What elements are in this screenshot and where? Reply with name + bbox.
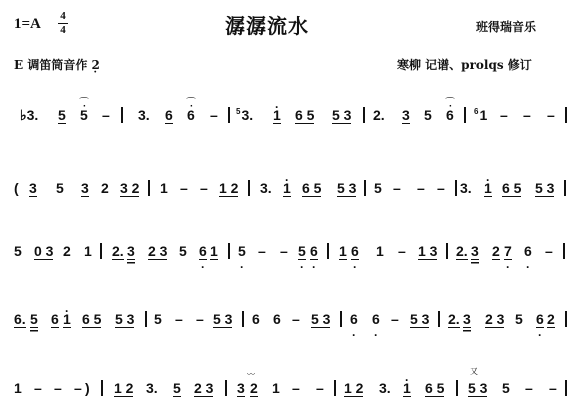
note-value: 1 3 <box>418 243 437 260</box>
note: 1 2 <box>344 378 363 398</box>
note-value: 5 3 <box>535 180 554 197</box>
note: 3. <box>260 178 272 198</box>
note-value: 6 <box>536 311 544 328</box>
note-value: 1 <box>403 380 411 397</box>
note-value: 2 <box>547 311 555 328</box>
note: 6. <box>14 309 26 329</box>
note: 1 <box>339 241 347 261</box>
note-value: 1 <box>339 243 347 260</box>
note: 5 3 <box>213 309 232 329</box>
note: – <box>210 105 218 125</box>
note-value: 1 <box>376 243 384 259</box>
note: 5 <box>56 178 64 198</box>
note-value: 3 <box>237 380 245 397</box>
note-value: 3 <box>471 243 479 260</box>
note-value: – <box>54 380 62 396</box>
note: 5 <box>14 241 22 261</box>
instrument-note: E 调笛筒音作 2 <box>14 56 100 73</box>
note: – <box>196 309 204 329</box>
note: 6 <box>51 309 59 329</box>
barline <box>364 180 366 196</box>
note-value: – <box>292 380 300 396</box>
note: 1 <box>376 241 384 261</box>
note-value: 6 5 <box>302 180 321 197</box>
note: 1 2 <box>219 178 238 198</box>
note: 3 <box>29 178 37 198</box>
note: 6 <box>446 105 454 125</box>
note: 6 <box>372 309 380 329</box>
note-value: 1 <box>210 243 218 260</box>
note: – <box>258 241 266 261</box>
note: 3 <box>127 241 135 261</box>
note-value: – <box>316 380 324 396</box>
ornament-mark: 又 <box>470 366 478 377</box>
note: 6 <box>536 309 544 329</box>
note: 2 3 <box>485 309 504 329</box>
note-value: ( <box>14 180 19 196</box>
note: – <box>54 378 62 398</box>
note: – <box>417 178 425 198</box>
note: 6 5 <box>502 178 521 198</box>
note: 5 <box>298 241 306 261</box>
note: 5 <box>515 309 523 329</box>
note: 3 <box>81 178 89 198</box>
note-value: 5 3 <box>332 107 351 124</box>
score-line-4: 6.5616 55 35––5 366–5 366–5 32.32 3562 <box>0 309 580 339</box>
note-value: 3 <box>463 311 471 328</box>
note: 5 3 <box>337 178 356 198</box>
note-value: 5 <box>374 180 382 196</box>
note: – <box>175 309 183 329</box>
note-value: – <box>280 243 288 259</box>
note: 6 <box>350 309 358 329</box>
note-value: 6 <box>199 243 207 260</box>
barline <box>438 311 440 327</box>
note-value: 1 <box>14 380 22 396</box>
note-value: – <box>196 311 204 327</box>
note-value: 5 3 <box>213 311 232 328</box>
score-line-5: 〰 又 1–––)1 23.52 3321––1 23.16 55 35–– <box>0 378 580 408</box>
barline <box>148 180 150 196</box>
note-value: 5 3 <box>311 311 330 328</box>
note: 2. <box>456 241 468 261</box>
note: 6 5 <box>82 309 101 329</box>
note: 5 <box>80 105 88 125</box>
note-value: 1 <box>63 311 71 328</box>
note-value: 5 <box>238 243 246 259</box>
note-value: 0 3 <box>34 243 53 260</box>
note: – <box>545 241 553 261</box>
note: 3 <box>402 105 410 125</box>
note: 5 3 <box>115 309 134 329</box>
barline <box>363 107 365 123</box>
note-value: – <box>292 311 300 327</box>
note: 6 <box>165 105 173 125</box>
note-value: 1 <box>272 380 280 396</box>
note: – <box>391 309 399 329</box>
note: 3. <box>138 105 150 125</box>
note-value: – <box>74 380 82 396</box>
note-value: 2 3 <box>485 311 504 328</box>
note-value: 6 <box>51 311 59 328</box>
note-value: 2. <box>456 243 468 260</box>
score-line-1: ♭3.55–3.66–53.16 55 32.35661––– <box>0 105 580 135</box>
instrument-note-text: E 调笛筒音作 <box>14 58 92 72</box>
note: 1 <box>273 105 281 125</box>
note-value: 6 5 <box>502 180 521 197</box>
note-value: 6 <box>446 107 454 123</box>
note: 5 <box>154 309 162 329</box>
note-value: 5 <box>179 243 187 259</box>
note-value: 6 <box>187 107 195 123</box>
note: 6 <box>524 241 532 261</box>
note: 5 <box>424 105 432 125</box>
note: 5 <box>238 241 246 261</box>
time-signature: 4 4 <box>58 11 68 36</box>
note-value: – <box>102 107 110 123</box>
barline <box>121 107 123 123</box>
note-value: 2 <box>250 380 258 397</box>
note: – <box>500 105 508 125</box>
note: – <box>393 178 401 198</box>
note: 3 <box>237 378 245 398</box>
note-value: – <box>258 243 266 259</box>
note: – <box>180 178 188 198</box>
note: 6 <box>252 309 260 329</box>
note-value: 5 3 <box>468 380 487 397</box>
publisher: 班得瑞音乐 <box>476 18 536 35</box>
barline <box>455 180 457 196</box>
grace-note: 5 <box>236 107 240 116</box>
note: 53. <box>236 105 253 128</box>
note: 2. <box>112 241 124 261</box>
note-value: 6 <box>310 243 318 260</box>
note: – <box>398 241 406 261</box>
note: 6 <box>273 309 281 329</box>
note: 3. <box>146 378 158 398</box>
note-value: 7 <box>504 243 512 260</box>
note: – <box>292 378 300 398</box>
note-value: 6 5 <box>425 380 444 397</box>
note-value: 1 <box>484 180 492 197</box>
note-value: ♭3. <box>20 107 38 123</box>
note-value: 3. <box>260 180 272 196</box>
barline <box>563 243 565 259</box>
transcription-credit: 寒柳 记谱、prolqs 修订 <box>397 56 532 73</box>
time-sig-bottom: 4 <box>58 25 68 36</box>
note-value: 2 <box>492 243 500 260</box>
note-value: 6 <box>350 311 358 327</box>
note-value: – <box>549 380 557 396</box>
note-value: – <box>200 180 208 196</box>
note: 5 <box>502 378 510 398</box>
note: 1 <box>14 378 22 398</box>
note-value: 3 <box>402 107 410 124</box>
note: 1 2 <box>114 378 133 398</box>
note: 6 5 <box>295 105 314 125</box>
note: 5 3 <box>311 309 330 329</box>
note-value: – <box>175 311 183 327</box>
note-value: 2 3 <box>194 380 213 397</box>
note-value: 2. <box>373 107 385 123</box>
note-value: 1 <box>283 180 291 197</box>
note: – <box>280 241 288 261</box>
note-value: 1 2 <box>344 380 363 397</box>
barline <box>464 107 466 123</box>
barline <box>565 107 567 123</box>
note: 5 3 <box>535 178 554 198</box>
barline <box>456 380 458 396</box>
note: 5 3 <box>332 105 351 125</box>
instrument-note-pitch: 2 <box>92 58 100 72</box>
note-value: – <box>180 180 188 196</box>
note: 5 <box>173 378 181 398</box>
note-value: 6 <box>252 311 260 327</box>
note-value: – <box>398 243 406 259</box>
note: 2 <box>250 378 258 398</box>
note-value: 5 3 <box>337 180 356 197</box>
note-value: – <box>417 180 425 196</box>
barline <box>340 311 342 327</box>
note-value: 5 <box>424 107 432 123</box>
time-sig-top: 4 <box>58 11 68 22</box>
note: 5 3 <box>468 378 487 398</box>
note-value: 3 <box>81 180 89 197</box>
key-signature: 1=A <box>14 16 41 33</box>
note: 6 <box>310 241 318 261</box>
note: 1 <box>484 178 492 198</box>
note: ( <box>14 178 19 198</box>
note: 6 <box>351 241 359 261</box>
note: – <box>316 378 324 398</box>
note-value: 3 2 <box>120 180 139 197</box>
note-value: 6 <box>372 311 380 327</box>
note-value: 1 <box>273 107 281 124</box>
note: 2 <box>547 309 555 329</box>
note-value: – <box>393 180 401 196</box>
note: 6 5 <box>302 178 321 198</box>
note-value: – <box>545 243 553 259</box>
note-value: 5 <box>56 180 64 196</box>
note-value: 1 <box>479 107 487 123</box>
note-value: 6 5 <box>82 311 101 328</box>
note: 1 3 <box>418 241 437 261</box>
barline <box>228 107 230 123</box>
note: 3 <box>471 241 479 261</box>
note-value: 6 <box>273 311 281 327</box>
note: 3. <box>460 178 472 198</box>
note: 6 <box>199 241 207 261</box>
note: – <box>437 178 445 198</box>
barline <box>101 380 103 396</box>
note-value: 2. <box>112 243 124 260</box>
barline <box>145 311 147 327</box>
note: 5 <box>30 309 38 329</box>
note: – <box>523 105 531 125</box>
barline <box>228 243 230 259</box>
note-value: – <box>210 107 218 123</box>
note: – <box>200 178 208 198</box>
note-value: – <box>34 380 42 396</box>
note: – <box>292 309 300 329</box>
note: 61 <box>474 105 487 128</box>
note-value: 5 <box>14 243 22 259</box>
barline <box>334 380 336 396</box>
note: 2 3 <box>148 241 167 261</box>
note-value: 3. <box>379 380 391 396</box>
note-value: 3. <box>146 380 158 396</box>
note: 3 2 <box>120 178 139 198</box>
note-value: 5 <box>298 243 306 260</box>
note: 2 <box>63 241 71 261</box>
note-value: 5 <box>173 380 181 397</box>
note-value: 1 2 <box>219 180 238 197</box>
note-value: 5 <box>154 311 162 327</box>
note-value: 6 <box>351 243 359 260</box>
note-value: 5 <box>80 107 88 123</box>
note: – <box>34 378 42 398</box>
note: 1 <box>63 309 71 329</box>
grace-note: 6 <box>474 107 478 116</box>
note-value: 2. <box>448 311 460 328</box>
note-value: 5 3 <box>410 311 429 328</box>
note-value: 1 <box>160 180 168 196</box>
note: ) <box>85 378 90 398</box>
barline <box>446 243 448 259</box>
barline <box>242 311 244 327</box>
note: 5 <box>58 105 66 125</box>
note-value: 5 <box>58 107 66 124</box>
note-value: 5 <box>502 380 510 396</box>
note-value: – <box>391 311 399 327</box>
note: 0 3 <box>34 241 53 261</box>
song-title: 潺潺流水 <box>225 10 309 39</box>
score-line-2: (35323 21––1 23.16 55 35–––3.16 55 3 <box>0 178 580 208</box>
note: 5 <box>374 178 382 198</box>
note-value: 3 <box>127 243 135 260</box>
note-value: 5 3 <box>115 311 134 328</box>
note-value: 6. <box>14 311 26 328</box>
note: 5 <box>179 241 187 261</box>
note: 1 <box>160 178 168 198</box>
note-value: 1 <box>84 243 92 259</box>
note-value: – <box>500 107 508 123</box>
note: – <box>102 105 110 125</box>
note: 7 <box>504 241 512 261</box>
note-value: 3. <box>241 107 253 123</box>
note: 5 3 <box>410 309 429 329</box>
note-value: 1 2 <box>114 380 133 397</box>
note: 2 <box>492 241 500 261</box>
note-value: 6 <box>524 243 532 259</box>
note-value: – <box>547 107 555 123</box>
note-value: – <box>525 380 533 396</box>
barline <box>565 311 567 327</box>
note: 6 5 <box>425 378 444 398</box>
note: ♭3. <box>20 105 38 125</box>
barline <box>327 243 329 259</box>
note: – <box>547 105 555 125</box>
note: – <box>74 378 82 398</box>
barline <box>225 380 227 396</box>
barline <box>100 243 102 259</box>
note: 2. <box>373 105 385 125</box>
note-value: 6 5 <box>295 107 314 124</box>
note: 1 <box>210 241 218 261</box>
note-value: 6 <box>165 107 173 124</box>
score-line-3: 50 3212.32 35615––56161–1 32.3276– <box>0 241 580 271</box>
note: 2. <box>448 309 460 329</box>
note-value: – <box>437 180 445 196</box>
note: 2 3 <box>194 378 213 398</box>
note: 1 <box>272 378 280 398</box>
note-value: 3 <box>29 180 37 197</box>
barline <box>248 180 250 196</box>
note-value: 5 <box>515 311 523 327</box>
note: – <box>525 378 533 398</box>
note: 3 <box>463 309 471 329</box>
note-value: 5 <box>30 311 38 328</box>
note: 2 <box>101 178 109 198</box>
note: – <box>549 378 557 398</box>
barline <box>564 180 566 196</box>
note-value: – <box>523 107 531 123</box>
note: 1 <box>84 241 92 261</box>
note: 6 <box>187 105 195 125</box>
note-value: 3. <box>138 107 150 123</box>
note-value: 2 <box>63 243 71 259</box>
note: 3. <box>379 378 391 398</box>
note-value: 2 3 <box>148 243 167 260</box>
note: 1 <box>403 378 411 398</box>
note-value: ) <box>85 380 90 396</box>
note-value: 3. <box>460 180 472 196</box>
note-value: 2 <box>101 180 109 196</box>
note: 1 <box>283 178 291 198</box>
barline <box>565 380 567 396</box>
